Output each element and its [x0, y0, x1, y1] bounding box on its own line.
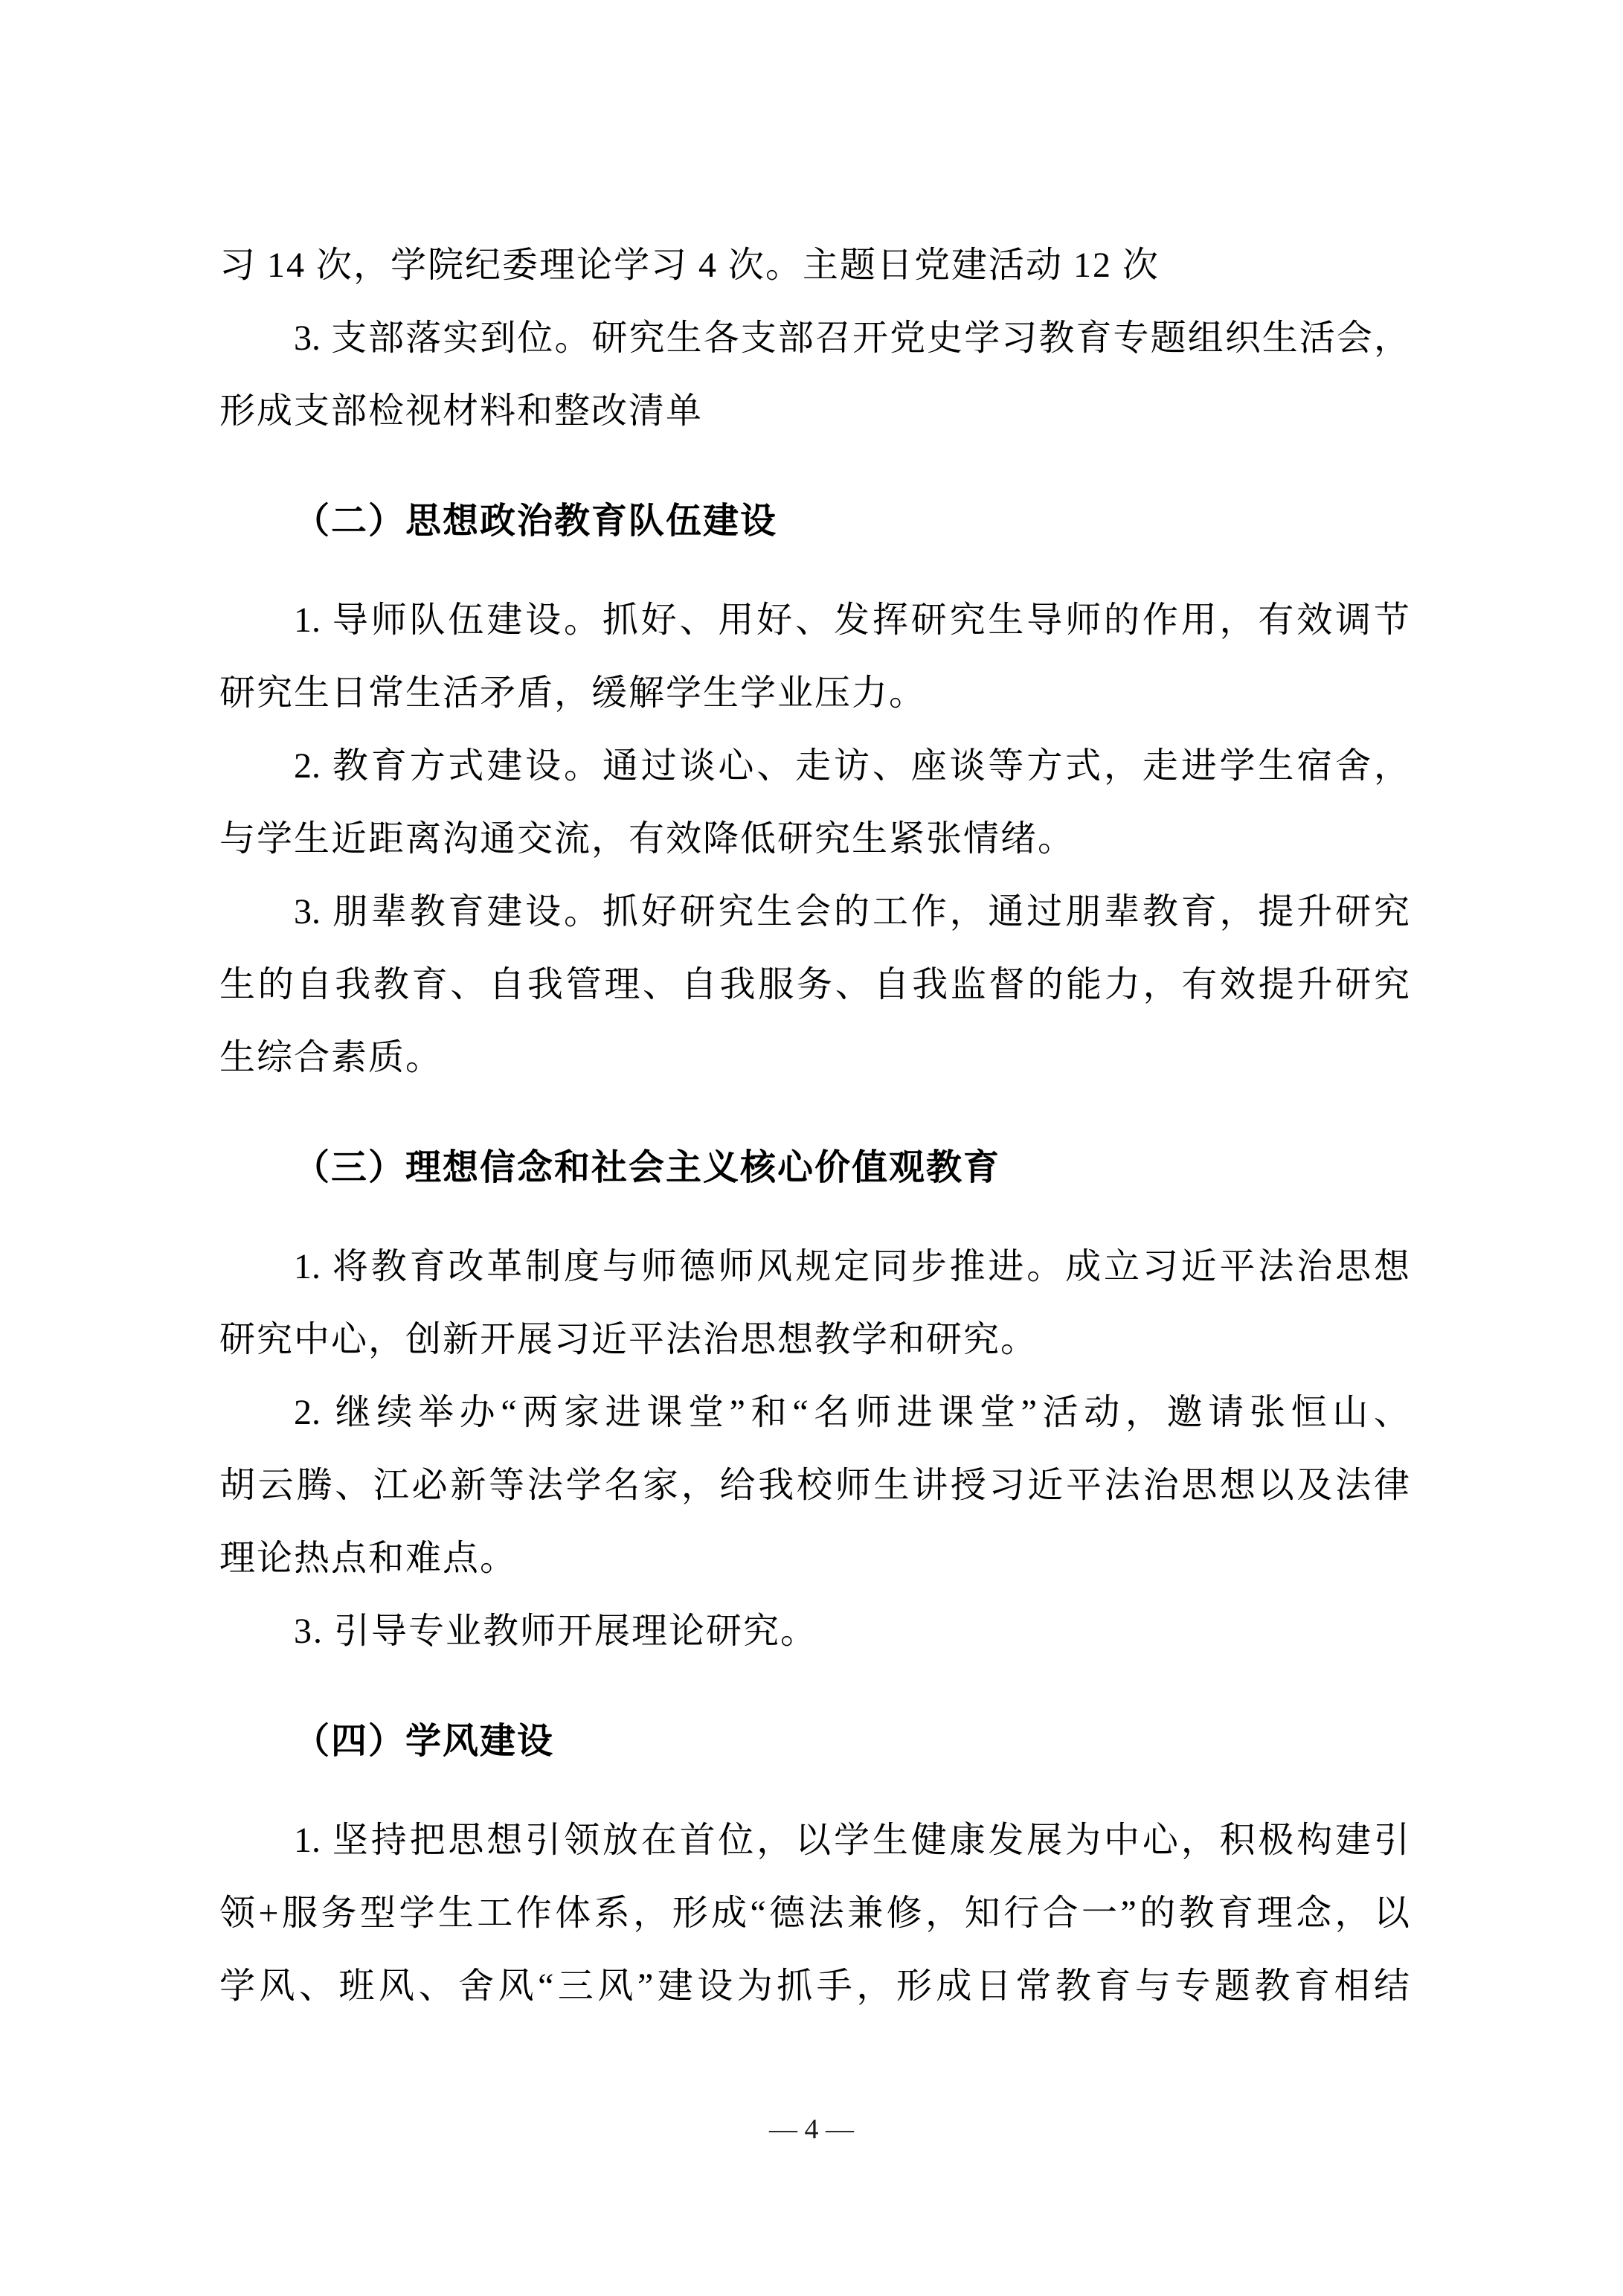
text-line: 2. 教育方式建设。通过谈心、走访、座谈等方式，走进学生宿舍， — [219, 730, 1410, 803]
text-line: 1. 导师队伍建设。抓好、用好、发挥研究生导师的作用，有效调节 — [219, 584, 1410, 657]
section-heading: （四）学风建设 — [219, 1705, 1410, 1778]
text-line: 1. 坚持把思想引领放在首位，以学生健康发展为中心，积极构建引 — [219, 1804, 1410, 1877]
text-line: 生的自我教育、自我管理、自我服务、自我监督的能力，有效提升研究 — [219, 949, 1410, 1022]
text-line: 形成支部检视材料和整改清单 — [219, 375, 1410, 448]
text-line: 研究生日常生活矛盾，缓解学生学业压力。 — [219, 657, 1410, 730]
text-line: 研究中心，创新开展习近平法治思想教学和研究。 — [219, 1303, 1410, 1376]
text-line: 生综合素质。 — [219, 1022, 1410, 1094]
text-line: 与学生近距离沟通交流，有效降低研究生紧张情绪。 — [219, 803, 1410, 876]
text-line: 胡云腾、江必新等法学名家，给我校师生讲授习近平法治思想以及法律 — [219, 1449, 1410, 1522]
text-line: 习 14 次，学院纪委理论学习 4 次。主题日党建活动 12 次 — [219, 229, 1410, 302]
section-heading: （三）理想信念和社会主义核心价值观教育 — [219, 1132, 1410, 1205]
text-line: 1. 将教育改革制度与师德师风规定同步推进。成立习近平法治思想 — [219, 1231, 1410, 1303]
text-line: 学风、班风、舍风“三风”建设为抓手，形成日常教育与专题教育相结 — [219, 1950, 1410, 2023]
text-line: 3. 朋辈教育建设。抓好研究生会的工作，通过朋辈教育，提升研究 — [219, 876, 1410, 949]
text-line: 2. 继续举办“两家进课堂”和“名师进课堂”活动，邀请张恒山、 — [219, 1376, 1410, 1449]
document-body: 习 14 次，学院纪委理论学习 4 次。主题日党建活动 12 次3. 支部落实到… — [219, 229, 1410, 2023]
text-line: 3. 引导专业教师开展理论研究。 — [219, 1595, 1410, 1668]
section-heading: （二）思想政治教育队伍建设 — [219, 485, 1410, 558]
text-line: 理论热点和难点。 — [219, 1522, 1410, 1595]
text-line: 领+服务型学生工作体系，形成“德法兼修，知行合一”的教育理念，以 — [219, 1877, 1410, 1950]
text-line: 3. 支部落实到位。研究生各支部召开党史学习教育专题组织生活会， — [219, 302, 1410, 375]
page-number: — 4 — — [0, 2111, 1623, 2147]
document-page: 习 14 次，学院纪委理论学习 4 次。主题日党建活动 12 次3. 支部落实到… — [0, 0, 1623, 2296]
